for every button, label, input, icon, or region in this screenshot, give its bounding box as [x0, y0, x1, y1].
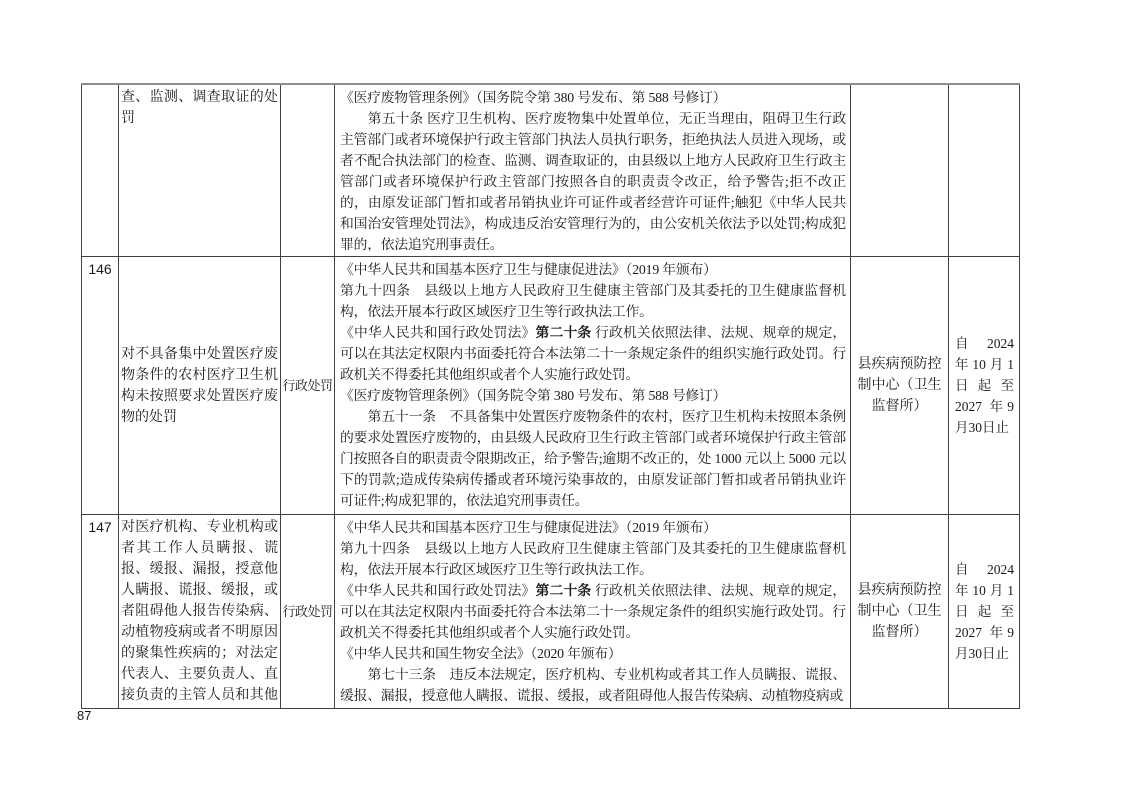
seq-number-cell: 147: [82, 515, 119, 709]
page-number: 87: [77, 708, 91, 723]
legal-basis-cell: 《中华人民共和国基本医疗卫生与健康促进法》（2019 年颁布）第九十四条 县级以…: [335, 257, 851, 515]
table-row-continuation: 查、监测、调查取证的处罚 《医疗废物管理条例》（国务院令第 380 号发布、第 …: [82, 84, 1020, 257]
agency-cell: [851, 84, 949, 257]
matter-cell: 对医疗机构、专业机构或者其工作人员瞒报、谎报、缓报、漏报，授意他人瞒报、谎报、缓…: [119, 515, 281, 709]
table-row-146: 146 对不具备集中处置医疗废物条件的农村医疗卫生机构未按照要求处置医疗废物的处…: [82, 257, 1020, 515]
document-page: 查、监测、调查取证的处罚 《医疗废物管理条例》（国务院令第 380 号发布、第 …: [0, 0, 1122, 793]
penalty-type-cell: 行政处罚: [281, 257, 335, 515]
legal-basis-text: 《中华人民共和国基本医疗卫生与健康促进法》（2019 年颁布）第九十四条 县级以…: [335, 257, 850, 509]
penalty-type-cell: 行政处罚: [281, 515, 335, 709]
matter-cell: 查、监测、调查取证的处罚: [119, 84, 281, 257]
matter-text: 对医疗机构、专业机构或者其工作人员瞒报、谎报、缓报、漏报，授意他人瞒报、谎报、缓…: [119, 515, 280, 705]
matter-text: 查、监测、调查取证的处罚: [119, 85, 280, 253]
legal-basis-text: 《中华人民共和国基本医疗卫生与健康促进法》（2019 年颁布）第九十四条 县级以…: [335, 515, 850, 703]
table-row-147: 147 对医疗机构、专业机构或者其工作人员瞒报、谎报、缓报、漏报，授意他人瞒报、…: [82, 515, 1020, 709]
period-cell: 自 2024 年10月1日起至 2027 年9月30日止: [949, 515, 1020, 709]
agency-cell: 县疾病预防控制中心（卫生监督所）: [851, 515, 949, 709]
penalty-items-table: 查、监测、调查取证的处罚 《医疗废物管理条例》（国务院令第 380 号发布、第 …: [81, 83, 1020, 709]
matter-cell: 对不具备集中处置医疗废物条件的农村医疗卫生机构未按照要求处置医疗废物的处罚: [119, 257, 281, 515]
seq-number-cell: 146: [82, 257, 119, 515]
legal-basis-cell: 《中华人民共和国基本医疗卫生与健康促进法》（2019 年颁布）第九十四条 县级以…: [335, 515, 851, 709]
period-cell: 自 2024 年10月1日起至 2027 年9月30日止: [949, 257, 1020, 515]
legal-basis-text: 《医疗废物管理条例》（国务院令第 380 号发布、第 588 号修订）第五十条 …: [335, 85, 850, 251]
penalty-type-cell: [281, 84, 335, 257]
agency-cell: 县疾病预防控制中心（卫生监督所）: [851, 257, 949, 515]
legal-basis-cell: 《医疗废物管理条例》（国务院令第 380 号发布、第 588 号修订）第五十条 …: [335, 84, 851, 257]
matter-text: 对不具备集中处置医疗废物条件的农村医疗卫生机构未按照要求处置医疗废物的处罚: [119, 342, 280, 430]
seq-number-cell: [82, 84, 119, 257]
period-cell: [949, 84, 1020, 257]
